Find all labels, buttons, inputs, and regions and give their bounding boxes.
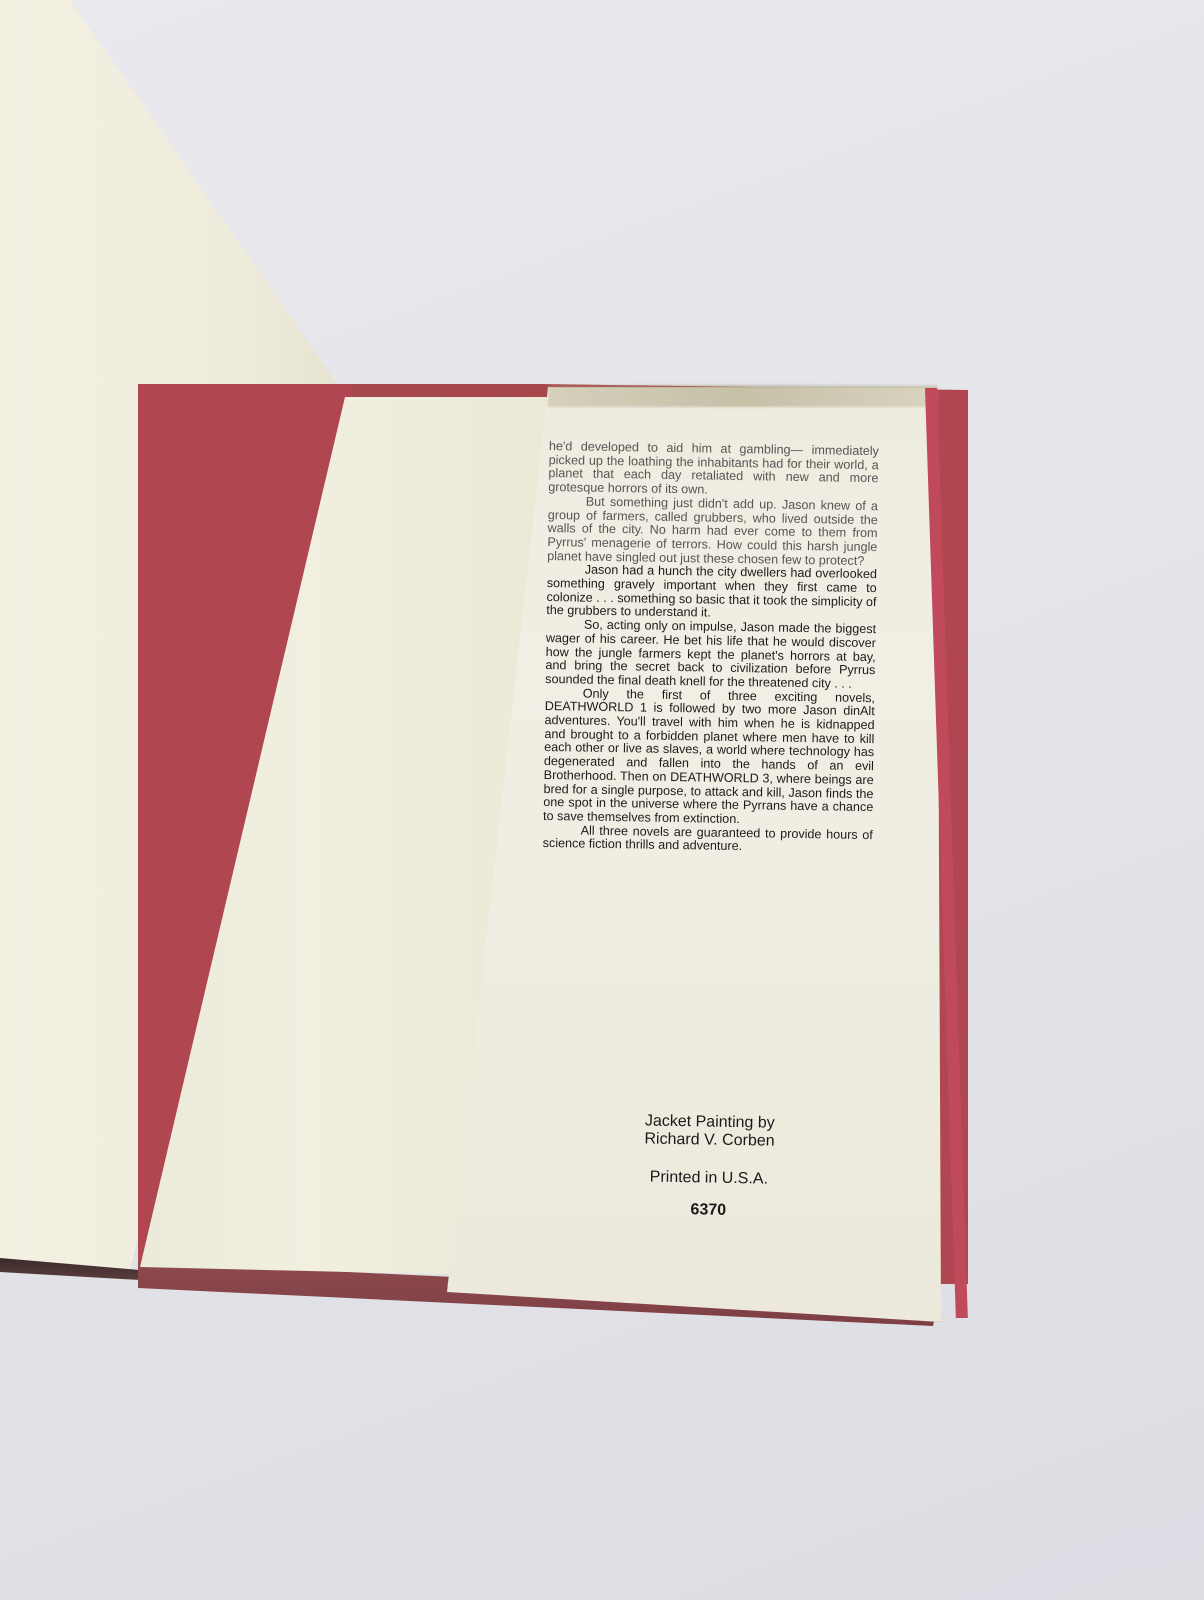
catalog-number: 6370 — [618, 1200, 798, 1221]
cover-top-edge — [352, 385, 552, 399]
flap-top-stain — [548, 385, 938, 407]
flap-paragraph: Jason had a hunch the city dwellers had … — [546, 563, 877, 623]
flap-paragraph: he'd developed to aid him at gambling— i… — [548, 440, 879, 500]
flap-credits: Jacket Painting by Richard V. Corben Pri… — [618, 1112, 800, 1221]
flap-paragraph: All three novels are guaranteed to provi… — [543, 824, 873, 857]
artist-name: Richard V. Corben — [619, 1130, 799, 1151]
printed-in-label: Printed in U.S.A. — [619, 1168, 799, 1189]
flap-paragraph: So, acting only on impulse, Jason made t… — [545, 618, 876, 692]
book-photo: he'd developed to aid him at gambling— i… — [0, 0, 1204, 1600]
flap-body-text: he'd developed to aid him at gambling— i… — [543, 440, 879, 856]
flap-paragraph: But something just didn't add up. Jason … — [547, 495, 878, 569]
flap-paragraph: Only the first of three exciting novels,… — [543, 687, 875, 829]
